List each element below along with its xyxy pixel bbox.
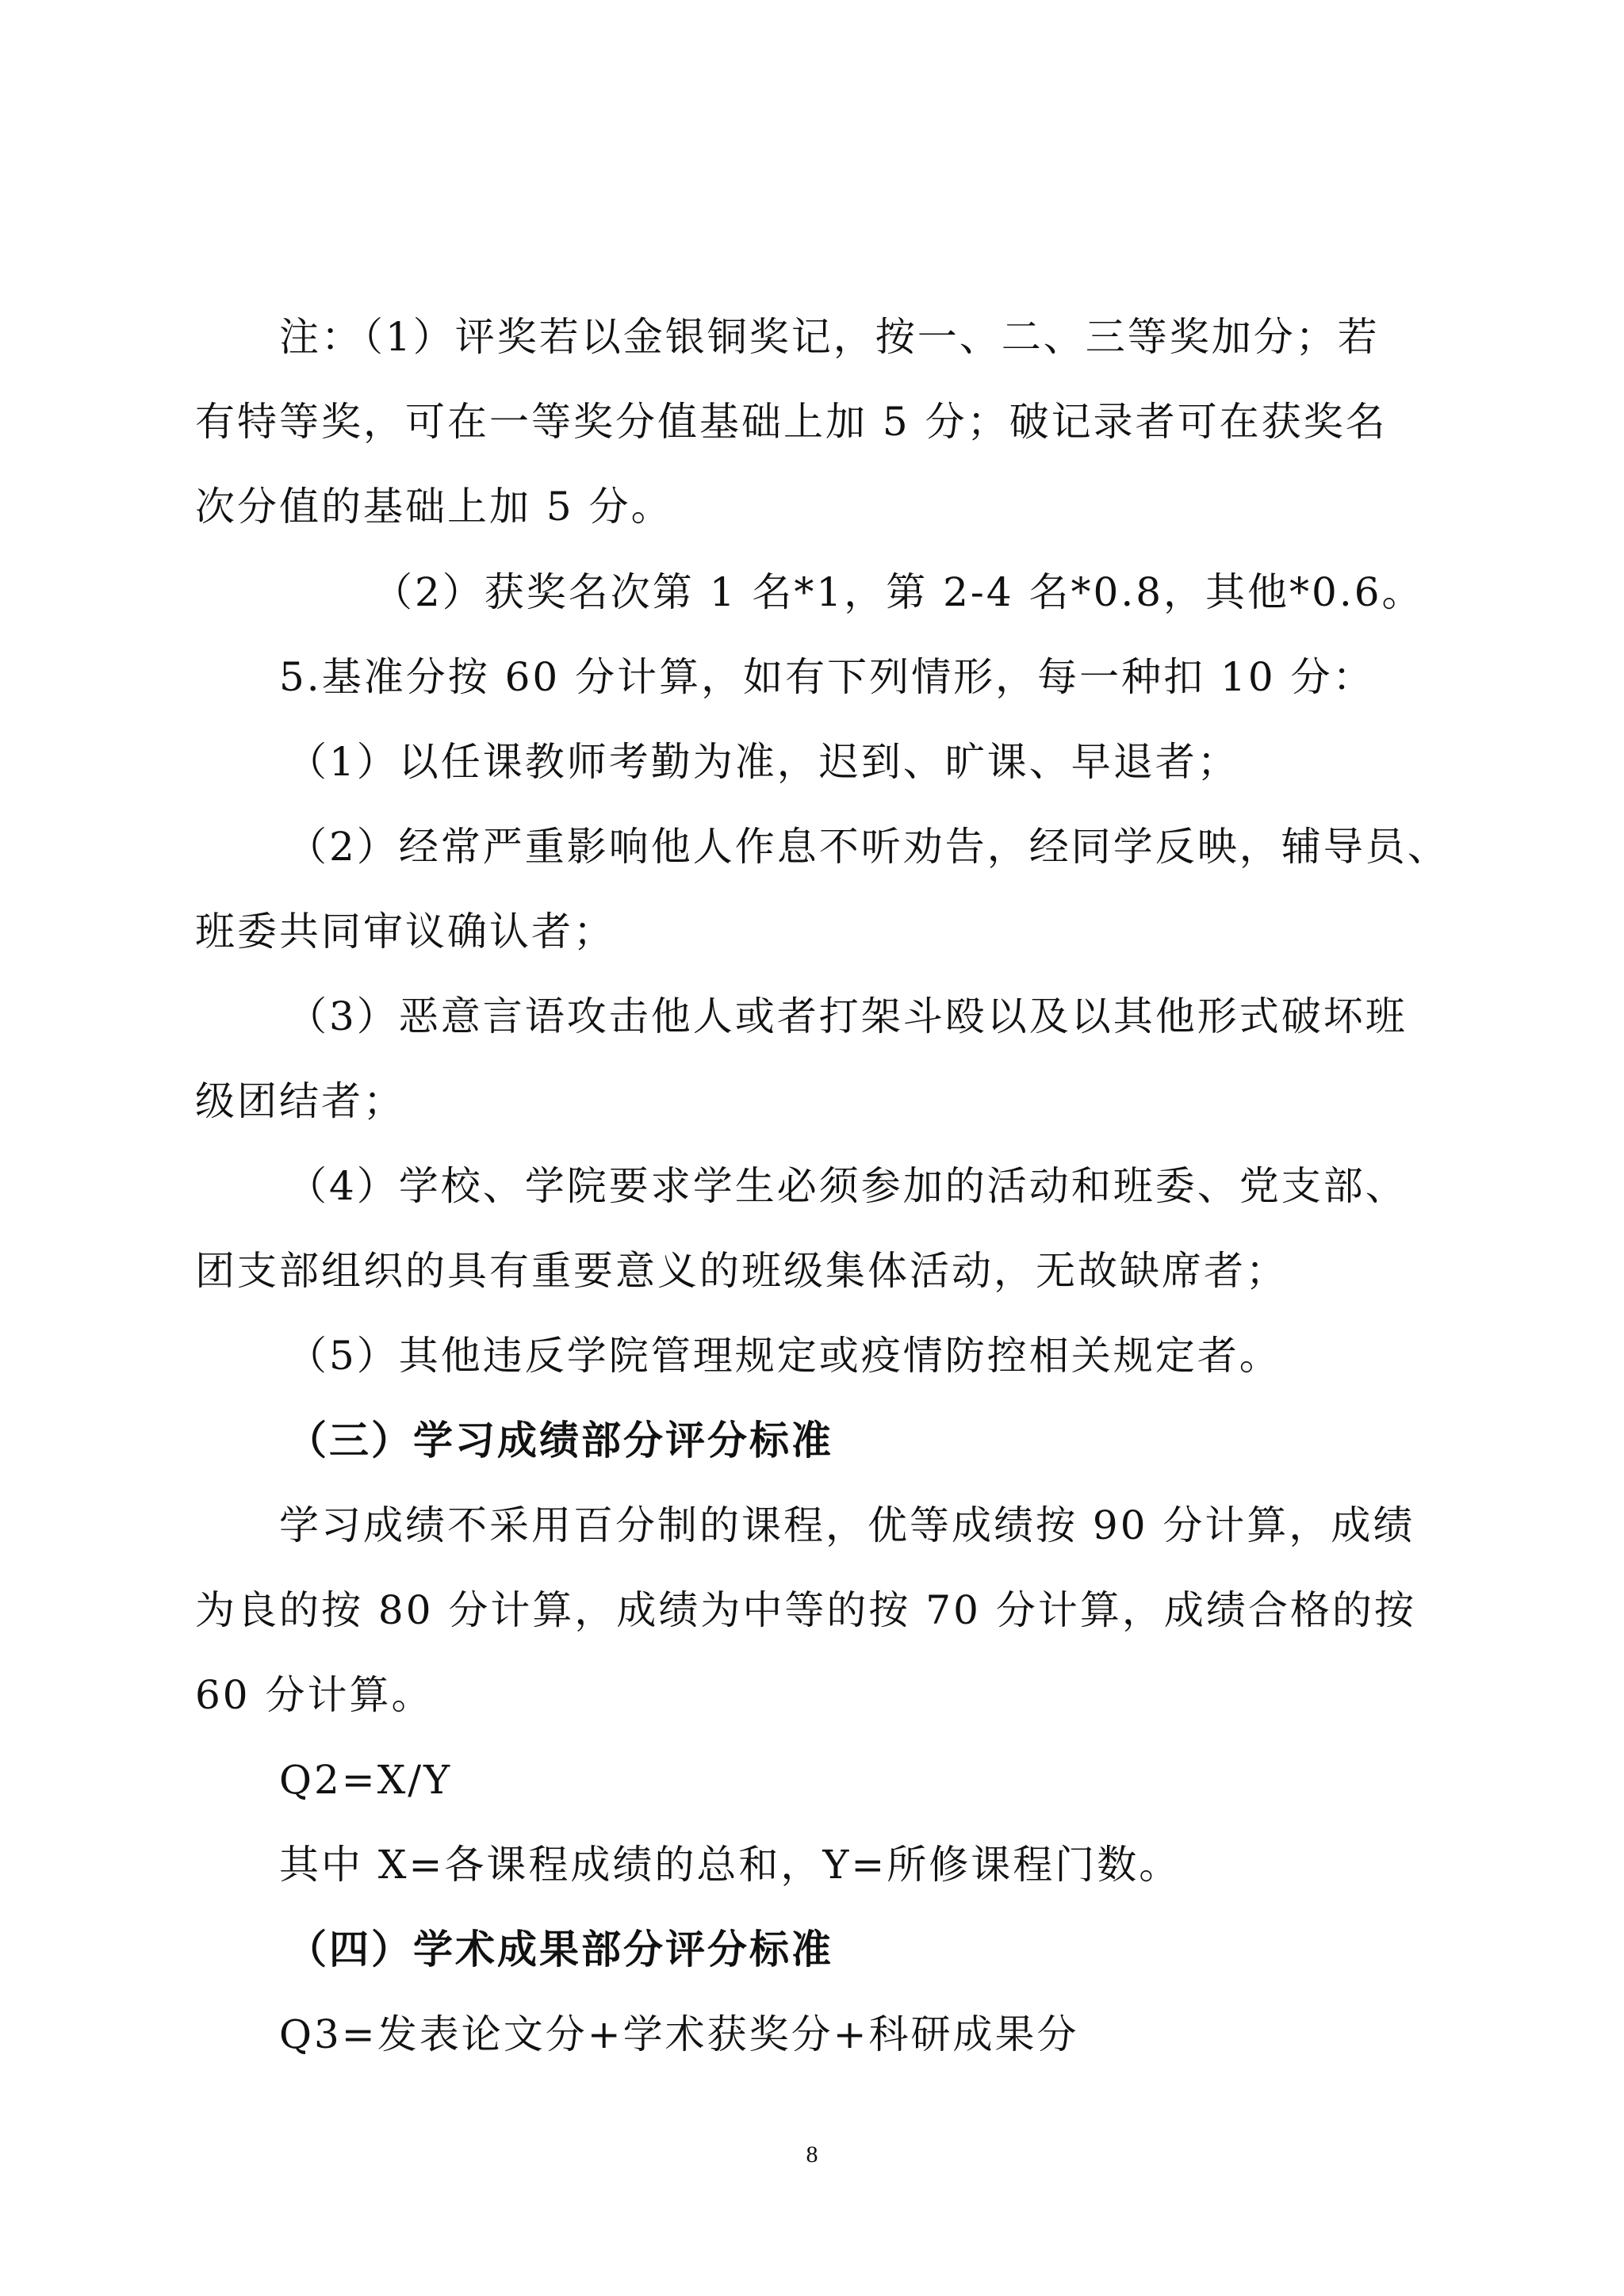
text-line: 注：（1）评奖若以金银铜奖记，按一、二、三等奖加分；若 [279, 313, 1380, 361]
text-line: （2）获奖名次第 1 名*1，第 2-4 名*0.8，其他*0.6。 [373, 568, 1424, 616]
page-number: 8 [0, 2141, 1624, 2169]
text-line: （1）以任课教师考勤为准，迟到、旷课、早退者； [287, 738, 1239, 786]
text-line: （3）恶意言语攻击他人或者打架斗殴以及以其他形式破坏班 [287, 993, 1408, 1040]
section-heading: （三）学习成绩部分评分标准 [287, 1417, 833, 1464]
document-page: 注：（1）评奖若以金银铜奖记，按一、二、三等奖加分；若 有特等奖，可在一等奖分值… [0, 0, 1624, 2296]
text-line: 班委共同审议确认者； [195, 908, 615, 955]
formula-line: Q3=发表论文分+学术获奖分+科研成果分 [279, 2011, 1079, 2058]
section-heading: （四）学术成果部分评分标准 [287, 1926, 833, 1973]
text-line: 其中 X=各课程成绩的总和，Y=所修课程门数。 [279, 1841, 1181, 1888]
text-line: 60 分计算。 [195, 1671, 434, 1719]
text-line: 有特等奖，可在一等奖分值基础上加 5 分；破记录者可在获奖名 [195, 398, 1388, 446]
text-line: 为良的按 80 分计算，成绩为中等的按 70 分计算，成绩合格的按 [195, 1586, 1416, 1634]
text-line: 学习成绩不采用百分制的课程，优等成绩按 90 分计算，成绩 [279, 1502, 1415, 1549]
text-line: 次分值的基础上加 5 分。 [195, 483, 673, 530]
text-line: 团支部组织的具有重要意义的班级集体活动，无故缺席者； [195, 1247, 1288, 1295]
text-line: （5）其他违反学院管理规定或疫情防控相关规定者。 [287, 1332, 1281, 1380]
text-line: 5.基准分按 60 分计算，如有下列情形，每一种扣 10 分： [279, 653, 1375, 701]
text-line: 级团结者； [195, 1077, 405, 1125]
formula-line: Q2=X/Y [279, 1756, 452, 1804]
text-line: （4）学校、学院要求学生必须参加的活动和班委、党支部、 [287, 1162, 1408, 1210]
text-line: （2）经常严重影响他人作息不听劝告，经同学反映，辅导员、 [287, 823, 1450, 871]
